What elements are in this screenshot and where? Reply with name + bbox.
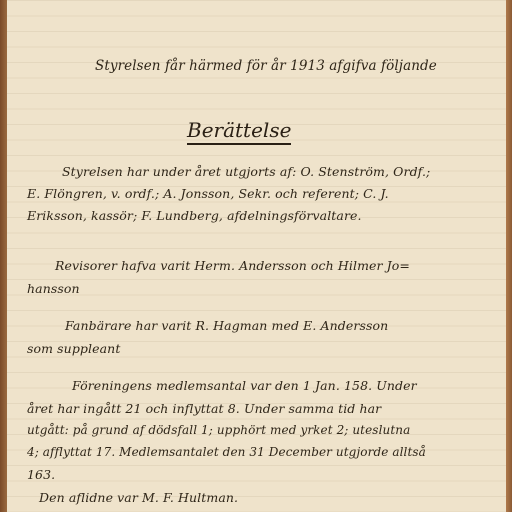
- handwritten-page: Styrelsen får härmed för år 1913 afgifva…: [7, 0, 506, 512]
- styrelse-line-2: E. Flöngren, v. ordf.; A. Jonsson, Sekr.…: [27, 186, 389, 201]
- fanbarare-line-2: som suppleant: [27, 341, 120, 356]
- styrelse-line-3: Eriksson, kassör; F. Lundberg, afdelning…: [27, 208, 362, 223]
- medlemsantal-line-1: Föreningens medlemsantal var den 1 Jan. …: [72, 378, 417, 393]
- styrelse-line-1: Styrelsen har under året utgjorts af: O.…: [62, 164, 430, 179]
- revisorer-line-2: hansson: [27, 281, 80, 296]
- page-title: Berättelse: [187, 118, 291, 145]
- medlemsantal-line-2: året har ingått 21 och inflyttat 8. Unde…: [27, 401, 381, 416]
- medlemsantal-line-3: utgått: på grund af dödsfall 1; upphört …: [27, 423, 410, 437]
- medlemsantal-line-5: 163.: [27, 467, 55, 482]
- medlemsantal-line-4: 4; afflyttat 17. Medlemsantalet den 31 D…: [27, 445, 426, 459]
- page-left-edge: [0, 0, 7, 512]
- revisorer-line-1: Revisorer hafva varit Herm. Andersson oc…: [55, 258, 410, 273]
- intro-line: Styrelsen får härmed för år 1913 afgifva…: [95, 58, 437, 74]
- afliden-line-1: Den aflidne var M. F. Hultman.: [39, 490, 238, 505]
- fanbarare-line-1: Fanbärare har varit R. Hagman med E. And…: [65, 318, 388, 333]
- page-right-edge: [506, 0, 512, 512]
